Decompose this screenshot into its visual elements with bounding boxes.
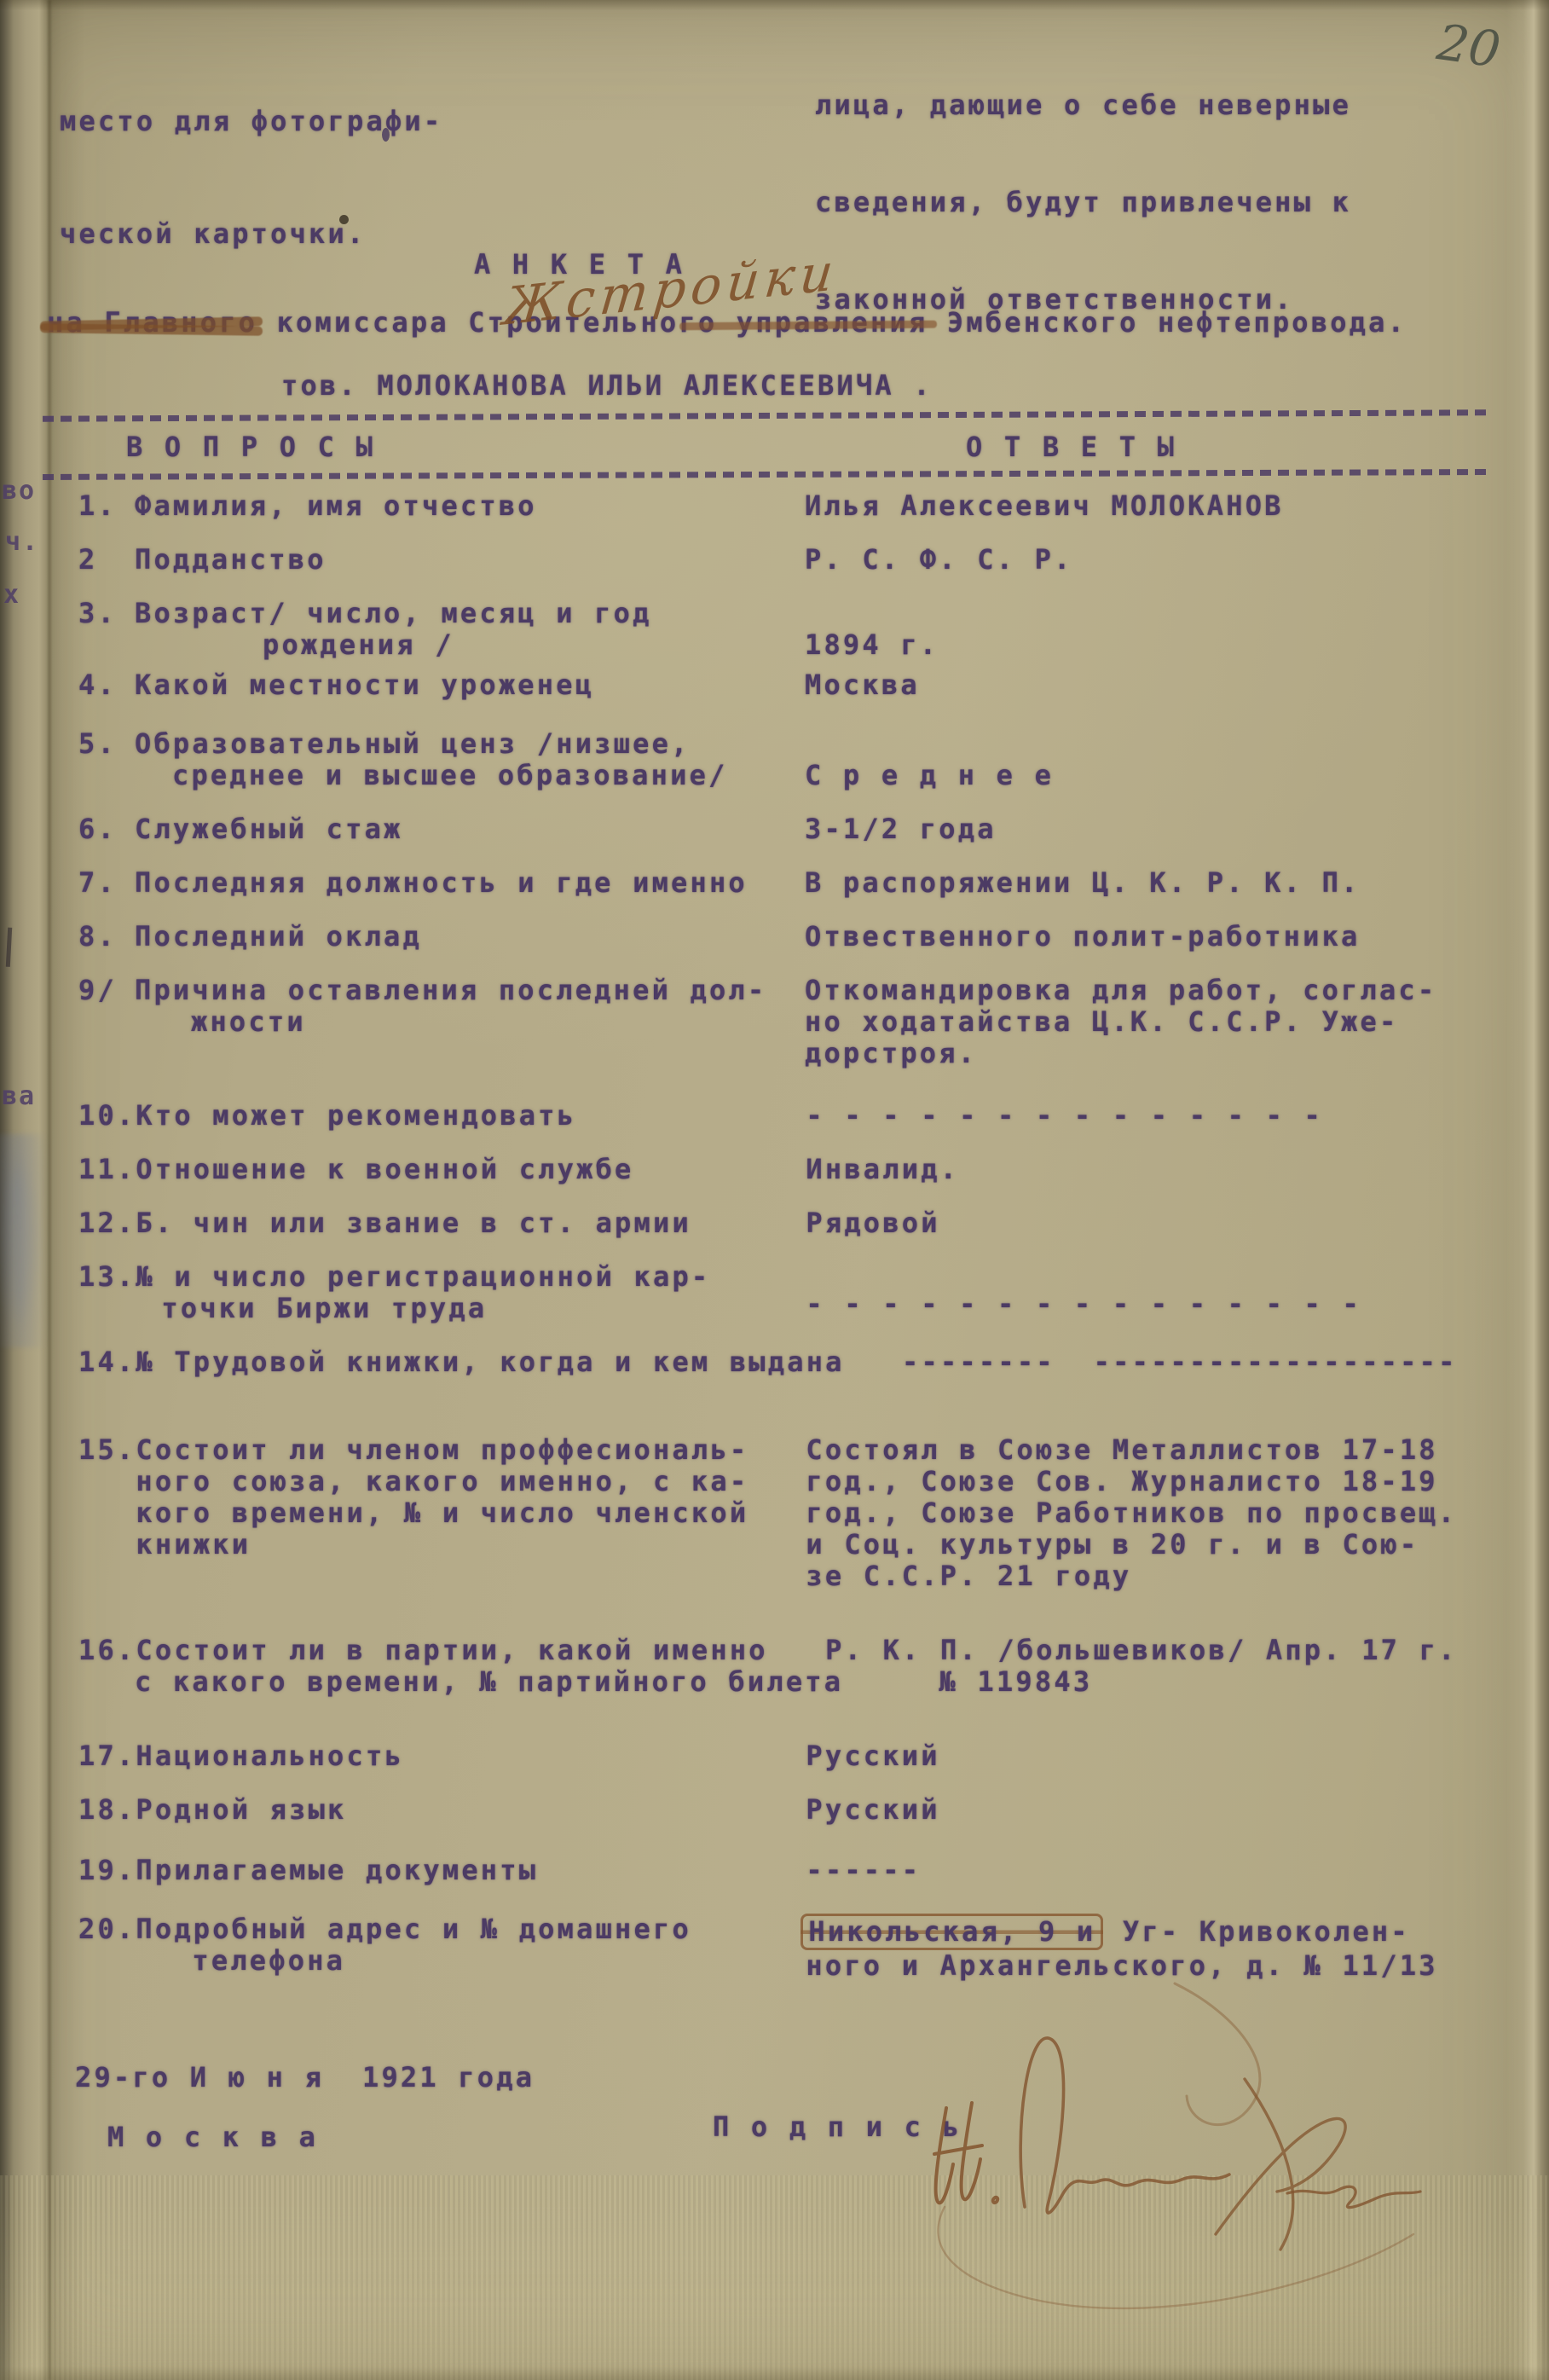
answer-line: 3-1/2 года: [805, 814, 1494, 845]
answer-line: ного и Архангельского, д. № 11/13: [806, 1950, 1494, 1982]
table-row: 2ПодданствоР. С. Ф. С. Р.: [78, 544, 1494, 576]
question-number: 7.: [78, 867, 135, 899]
qa-table: 1.Фамилия, имя отчествоИлья Алексеевич М…: [78, 490, 1494, 1982]
question-line: Образовательный ценз /низшее,: [135, 728, 767, 760]
photo-note-line: ческой карточки.: [60, 215, 442, 252]
answer-line: С р е д н е е: [805, 760, 1494, 791]
question-text: Служебный стаж: [135, 814, 767, 845]
question-and-answer-text: № Трудовой книжки, когда и кем выдана --…: [136, 1346, 1457, 1378]
question-line: Фамилия, имя отчество: [135, 490, 767, 522]
question-line: телефона: [136, 1945, 768, 1977]
subtitle-text: Эмбенского нефтепровода.: [928, 306, 1407, 339]
question-line: Возраст/ число, месяц и год: [135, 598, 767, 629]
warning-line: сведения, будут привлечены к: [815, 186, 1351, 218]
warning-line: лица, дающие о себе неверные: [815, 89, 1351, 121]
answer-line: Русский: [806, 1794, 1494, 1826]
answer-line: зе С.С.Р. 21 году: [806, 1561, 1494, 1592]
answer-line: - - - - - - - - - - - - - - -: [806, 1288, 1494, 1320]
question-number: 6.: [78, 814, 135, 845]
answer-line: дорстроя.: [805, 1038, 1494, 1069]
margin-fragment: ва: [2, 1081, 36, 1111]
answer-line: год., Союзе Работников по просвещ.: [806, 1497, 1494, 1529]
answer-text: - - - - - - - - - - - - - - -: [768, 1261, 1494, 1320]
answer-line: Р. С. Ф. С. Р.: [805, 544, 1494, 576]
question-line: точки Биржи труда: [136, 1293, 768, 1324]
question-line: жности: [135, 1006, 767, 1038]
table-row: 16.Состоит ли в партии, какой именно Р. …: [78, 1635, 1494, 1698]
answer-line: Инвалид.: [806, 1154, 1494, 1185]
question-text: Национальность: [136, 1740, 768, 1772]
answer-text: Состоял в Союзе Металлистов 17-18год., С…: [768, 1434, 1494, 1592]
photo-placeholder-note: место для фотографи- ческой карточки.: [60, 27, 442, 327]
question-text: Последний оклад: [135, 921, 767, 953]
table-row: 17.НациональностьРусский: [78, 1740, 1494, 1772]
question-number: 19.: [78, 1855, 136, 1886]
answer-text: Илья Алексеевич МОЛОКАНОВ: [767, 490, 1494, 522]
question-text: Фамилия, имя отчество: [135, 490, 767, 522]
question-text: Кто может рекомендовать: [136, 1100, 768, 1132]
question-number: 2: [78, 544, 135, 576]
struck-address: Никольская, 9 и: [801, 1914, 1103, 1950]
table-row: 19.Прилагаемые документы------: [78, 1855, 1494, 1886]
indent-spacer: [78, 1666, 135, 1698]
question-text: Образовательный ценз /низшее,среднее и в…: [135, 728, 767, 791]
question-and-answer-block: 16.Состоит ли в партии, какой именно Р. …: [78, 1635, 1494, 1698]
question-number: 13.: [78, 1261, 136, 1293]
dashed-divider: [43, 469, 1486, 480]
form-subject-name: тов. МОЛОКАНОВА ИЛЬИ АЛЕКСЕЕВИЧА .: [281, 370, 933, 402]
answer-text: Русский: [768, 1794, 1494, 1826]
overwritten-text: Строительного управления: [468, 307, 928, 339]
question-number: 15.: [78, 1434, 136, 1466]
question-line: Национальность: [136, 1740, 768, 1772]
question-number: 5.: [78, 728, 135, 760]
answer-line: Отвественного полит-работника: [805, 921, 1494, 953]
page-top-edge: [0, 0, 1549, 10]
city-line: М о с к в а: [107, 2122, 318, 2153]
answer-line: Русский: [806, 1740, 1494, 1772]
answer-text: Инвалид.: [768, 1154, 1494, 1185]
question-number: 3.: [78, 598, 135, 629]
answer-line: Никольская, 9 и Уг- Кривоколен-: [806, 1914, 1494, 1950]
answer-line: ------: [806, 1855, 1494, 1886]
question-text: Состоит ли членом проффесиональ-ного сою…: [136, 1434, 768, 1561]
question-line: Причина оставления последней дол-: [135, 975, 767, 1006]
answer-line: Илья Алексеевич МОЛОКАНОВ: [805, 490, 1494, 522]
question-and-answer-block: 14.№ Трудовой книжки, когда и кем выдана…: [78, 1346, 1494, 1378]
dashed-divider: [43, 409, 1486, 421]
question-text: Подданство: [135, 544, 767, 576]
question-text: Какой местности уроженец: [135, 669, 767, 701]
table-row: 8.Последний окладОтвественного полит-раб…: [78, 921, 1494, 953]
answers-column-header: О Т В Е Т Ы: [966, 431, 1176, 463]
answer-text: Отвественного полит-работника: [767, 921, 1494, 953]
question-line: Кто может рекомендовать: [136, 1100, 768, 1132]
left-fold-crease: [48, 0, 51, 2380]
question-number: 16.: [78, 1635, 136, 1666]
answer-text: Откомандировка для работ, соглас-но хода…: [767, 975, 1494, 1069]
question-number: 4.: [78, 669, 135, 701]
question-number: 11.: [78, 1154, 136, 1185]
question-line: рождения /: [135, 629, 767, 661]
answer-line: Откомандировка для работ, соглас-: [805, 975, 1494, 1006]
question-line: кого времени, № и число членской: [136, 1497, 768, 1529]
table-row: 20.Подробный адрес и № домашнеготелефона…: [78, 1914, 1494, 1982]
handwritten-page-number: 20: [1434, 13, 1505, 79]
table-row: 1.Фамилия, имя отчествоИлья Алексеевич М…: [78, 490, 1494, 522]
answer-text: 3-1/2 года: [767, 814, 1494, 845]
question-line: книжки: [136, 1529, 768, 1561]
answer-line: и Соц. культуры в 20 г. и в Сою-: [806, 1529, 1494, 1561]
blue-ink-smudge: [0, 1134, 53, 1347]
question-line: Прилагаемые документы: [136, 1855, 768, 1886]
question-line: ного союза, какого именно, с ка-: [136, 1466, 768, 1497]
struck-out-text: на Главного: [47, 307, 257, 339]
page-bottom-edge: [0, 2366, 1549, 2380]
margin-fragment: х: [3, 580, 20, 610]
question-text: Прилагаемые документы: [136, 1855, 768, 1886]
qa-line: с какого времени, № партийного билета № …: [78, 1666, 1494, 1698]
question-and-answer-text: с какого времени, № партийного билета № …: [135, 1666, 1092, 1698]
qa-line: 16.Состоит ли в партии, какой именно Р. …: [78, 1635, 1494, 1666]
table-row: 6.Служебный стаж3-1/2 года: [78, 814, 1494, 845]
form-title: А Н К Е Т А: [474, 249, 685, 281]
question-text: Родной язык: [136, 1794, 768, 1826]
answer-line: В распоряжении Ц. К. Р. К. П.: [805, 867, 1494, 899]
table-row: 7.Последняя должность и где именноВ расп…: [78, 867, 1494, 899]
date-line: 29-го И ю н я 1921 года: [75, 2062, 535, 2093]
answer-text: В распоряжении Ц. К. Р. К. П.: [767, 867, 1494, 899]
question-line: Последняя должность и где именно: [135, 867, 767, 899]
answer-line: год., Союзе Сов. Журналисто 18-19: [806, 1466, 1494, 1497]
question-line: Состоит ли членом проффесиональ-: [136, 1434, 768, 1466]
page-left-binding-edge: [0, 0, 85, 2380]
table-row: 3.Возраст/ число, месяц и годрождения /1…: [78, 598, 1494, 661]
table-row: 9/Причина оставления последней дол-жност…: [78, 975, 1494, 1069]
question-line: Б. чин или звание в ст. армии: [136, 1207, 768, 1239]
question-text: Возраст/ число, месяц и годрождения /: [135, 598, 767, 661]
question-number: 14.: [78, 1346, 136, 1378]
question-number: 9/: [78, 975, 135, 1006]
table-row: 10.Кто может рекомендовать- - - - - - - …: [78, 1100, 1494, 1132]
photo-note-line: место для фотографи-: [60, 102, 442, 140]
question-line: № и число регистрационной кар-: [136, 1261, 768, 1293]
question-line: Подданство: [135, 544, 767, 576]
qa-line: 14.№ Трудовой книжки, когда и кем выдана…: [78, 1346, 1494, 1378]
table-row: 14.№ Трудовой книжки, когда и кем выдана…: [78, 1346, 1494, 1378]
table-row: 18.Родной языкРусский: [78, 1794, 1494, 1826]
question-and-answer-text: Состоит ли в партии, какой именно Р. К. …: [136, 1635, 1457, 1666]
question-line: среднее и высшее образование/: [135, 760, 767, 791]
question-number: 17.: [78, 1740, 136, 1772]
question-line: Служебный стаж: [135, 814, 767, 845]
answer-text: Рядовой: [768, 1207, 1494, 1239]
question-number: 8.: [78, 921, 135, 953]
question-text: Подробный адрес и № домашнеготелефона: [136, 1914, 768, 1977]
scanned-document-page: во ч. х ва место для фотографи- ческой к…: [0, 0, 1549, 2380]
question-text: Причина оставления последней дол-жности: [135, 975, 767, 1038]
form-subtitle: на Главного комиссара Строительного упра…: [47, 307, 1407, 339]
margin-tick-marks: [6, 928, 20, 968]
question-number: 12.: [78, 1207, 136, 1239]
page-right-edge: [1506, 0, 1549, 2380]
answer-line: 1894 г.: [805, 629, 1494, 661]
questions-column-header: В О П Р О С Ы: [126, 431, 375, 463]
answer-line: Москва: [805, 669, 1494, 701]
question-line: Какой местности уроженец: [135, 669, 767, 701]
question-number: 18.: [78, 1794, 136, 1826]
question-number: 1.: [78, 490, 135, 522]
margin-fragment: ч.: [5, 527, 39, 557]
answer-text: Русский: [768, 1740, 1494, 1772]
answer-text: 1894 г.: [767, 598, 1494, 661]
question-text: № и число регистрационной кар-точки Бирж…: [136, 1261, 768, 1324]
question-number: 20.: [78, 1914, 136, 1945]
signature-label: П о д п и с ь: [713, 2111, 962, 2143]
answer-line: - - - - - - - - - - - - - -: [806, 1100, 1494, 1132]
table-row: 15.Состоит ли членом проффесиональ-ного …: [78, 1434, 1494, 1592]
question-line: Подробный адрес и № домашнего: [136, 1914, 768, 1945]
table-row: 11.Отношение к военной службеИнвалид.: [78, 1154, 1494, 1185]
answer-text: Р. С. Ф. С. Р.: [767, 544, 1494, 576]
answer-line: но ходатайства Ц.К. С.С.Р. Уже-: [805, 1006, 1494, 1038]
answer-line: Состоял в Союзе Металлистов 17-18: [806, 1434, 1494, 1466]
answer-line: Рядовой: [806, 1207, 1494, 1239]
answer-text: - - - - - - - - - - - - - -: [768, 1100, 1494, 1132]
answer-text: С р е д н е е: [767, 728, 1494, 791]
question-number: 10.: [78, 1100, 136, 1132]
answer-text: ------: [768, 1855, 1494, 1886]
question-line: Последний оклад: [135, 921, 767, 953]
answer-text: Никольская, 9 и Уг- Кривоколен-ного и Ар…: [768, 1914, 1494, 1982]
question-text: Отношение к военной службе: [136, 1154, 768, 1185]
margin-fragment: во: [2, 476, 36, 506]
answer-text: Москва: [767, 669, 1494, 701]
question-line: Отношение к военной службе: [136, 1154, 768, 1185]
question-text: Последняя должность и где именно: [135, 867, 767, 899]
table-row: 5.Образовательный ценз /низшее,среднее и…: [78, 728, 1494, 791]
table-row: 4.Какой местности уроженецМосква: [78, 669, 1494, 701]
subtitle-text: комиссара: [257, 306, 468, 339]
table-row: 12.Б. чин или звание в ст. армииРядовой: [78, 1207, 1494, 1239]
table-row: 13.№ и число регистрационной кар-точки Б…: [78, 1261, 1494, 1324]
question-line: Родной язык: [136, 1794, 768, 1826]
signature-handwriting: [844, 1978, 1466, 2379]
laid-paper-texture: [0, 2175, 1549, 2380]
question-text: Б. чин или звание в ст. армии: [136, 1207, 768, 1239]
